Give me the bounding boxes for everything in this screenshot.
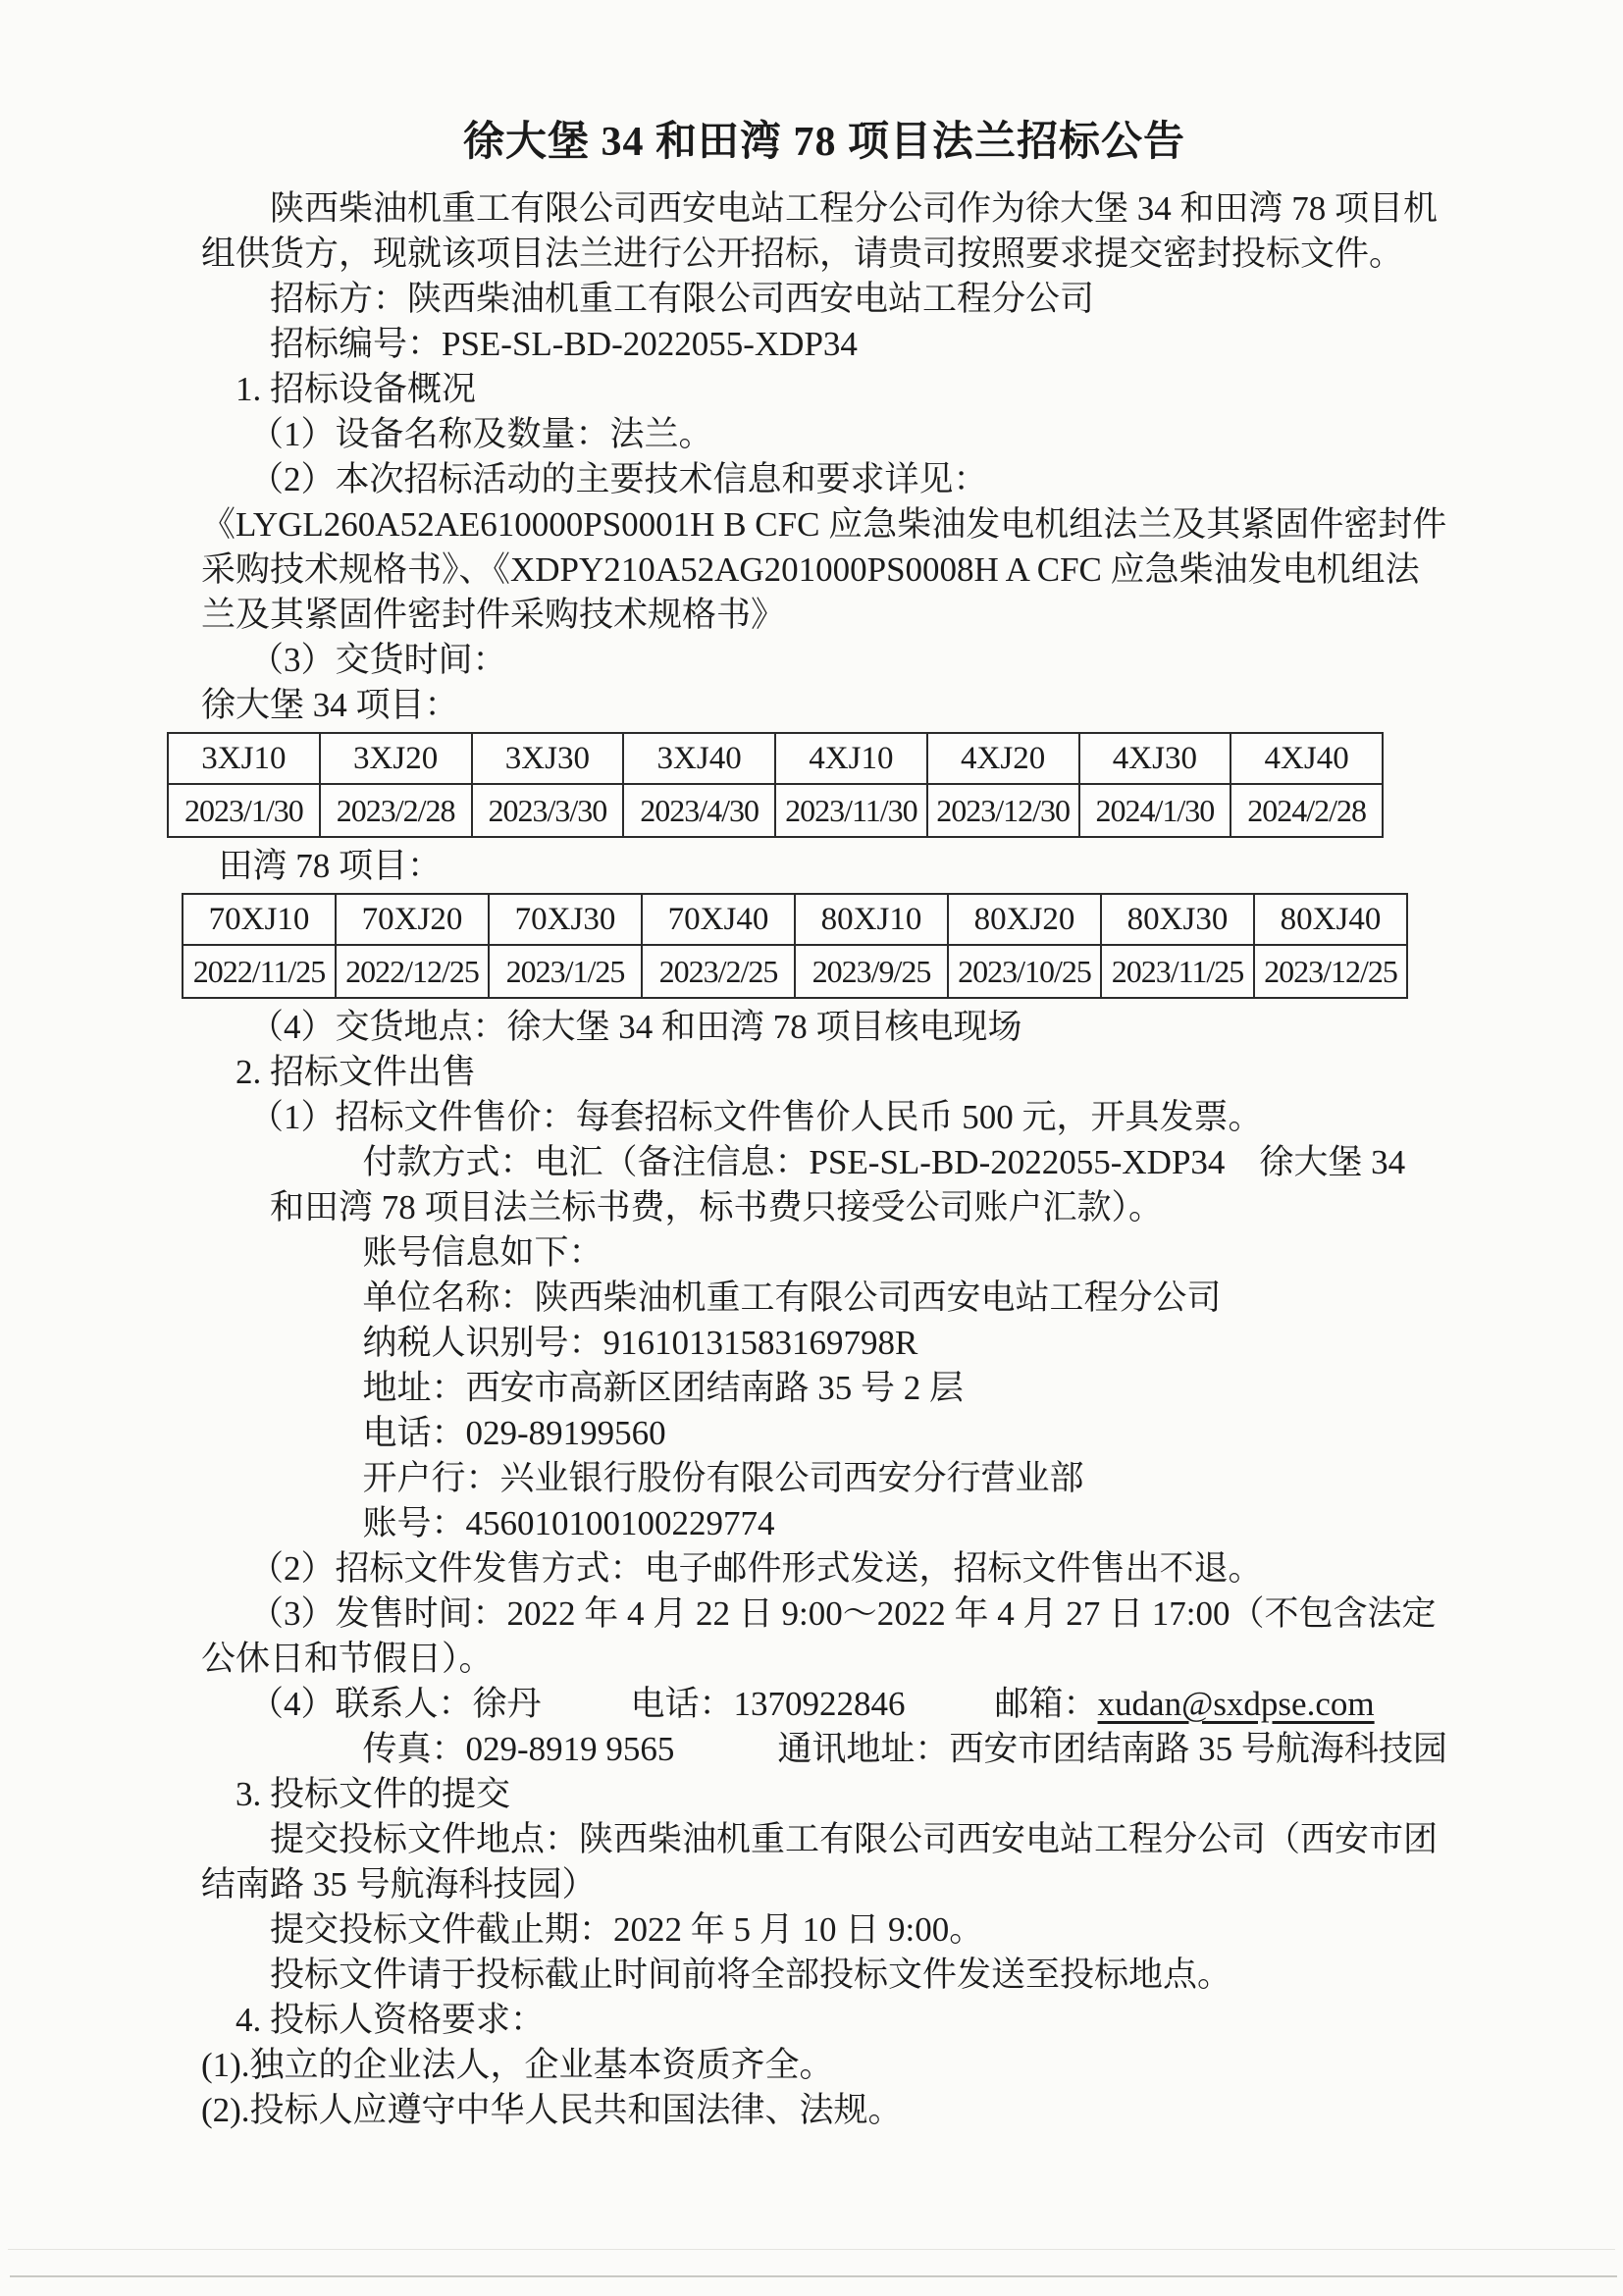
date-cell: 2022/12/25 bbox=[336, 945, 489, 998]
dates-row: 2023/1/302023/2/282023/3/302023/4/302023… bbox=[168, 784, 1383, 837]
section-3-heading: 3. 投标文件的提交 bbox=[201, 1772, 1447, 1817]
date-cell: 2023/11/30 bbox=[775, 784, 927, 837]
unit-cell: 3XJ20 bbox=[320, 733, 472, 784]
contact-name: （4）联系人：徐丹 bbox=[249, 1685, 542, 1723]
payment-method: 付款方式：电汇（备注信息：PSE-SL-BD-2022055-XDP34 徐大堡… bbox=[201, 1140, 1447, 1230]
scan-artifact-line bbox=[10, 2275, 1617, 2277]
equipment-name-item: （1）设备名称及数量：法兰。 bbox=[201, 412, 1447, 457]
unit-cell: 3XJ40 bbox=[623, 733, 775, 784]
unit-cell: 70XJ30 bbox=[489, 894, 642, 945]
unit-cell: 4XJ30 bbox=[1079, 733, 1231, 784]
tender-number-line: 招标编号：PSE-SL-BD-2022055-XDP34 bbox=[201, 322, 1447, 367]
unit-cell: 3XJ10 bbox=[168, 733, 320, 784]
scan-artifact-line bbox=[8, 2249, 1615, 2250]
unit-cell: 70XJ40 bbox=[642, 894, 795, 945]
unit-cell: 4XJ10 bbox=[775, 733, 927, 784]
section-4-heading: 4. 投标人资格要求： bbox=[201, 1998, 1447, 2043]
units-row: 70XJ1070XJ2070XJ3070XJ4080XJ1080XJ2080XJ… bbox=[183, 894, 1407, 945]
submission-place: 提交投标文件地点：陕西柴油机重工有限公司西安电站工程分公司（西安市团结南路 35… bbox=[201, 1817, 1447, 1907]
unit-cell: 80XJ30 bbox=[1101, 894, 1254, 945]
tianwan-table-caption: 田湾 78 项目： bbox=[201, 844, 1447, 889]
account-info-intro: 账号信息如下： bbox=[201, 1230, 1447, 1276]
section-2-heading: 2. 招标文件出售 bbox=[201, 1050, 1447, 1095]
unit-cell: 70XJ10 bbox=[183, 894, 336, 945]
postal-address: 通讯地址：西安市团结南路 35 号航海科技园 bbox=[777, 1730, 1447, 1768]
unit-cell: 4XJ20 bbox=[927, 733, 1079, 784]
date-cell: 2024/2/28 bbox=[1230, 784, 1383, 837]
unit-cell: 80XJ20 bbox=[948, 894, 1101, 945]
account-phone: 电话：029-89199560 bbox=[201, 1411, 1447, 1456]
date-cell: 2023/12/25 bbox=[1254, 945, 1407, 998]
dates-row: 2022/11/252022/12/252023/1/252023/2/2520… bbox=[183, 945, 1407, 998]
unit-cell: 80XJ40 bbox=[1254, 894, 1407, 945]
unit-cell: 4XJ40 bbox=[1230, 733, 1383, 784]
date-cell: 2022/11/25 bbox=[183, 945, 336, 998]
unit-cell: 80XJ10 bbox=[795, 894, 948, 945]
date-cell: 2023/1/25 bbox=[489, 945, 642, 998]
submission-note: 投标文件请于投标截止时间前将全部投标文件发送至投标地点。 bbox=[201, 1953, 1447, 1998]
xudabao-delivery-table: 3XJ103XJ203XJ303XJ404XJ104XJ204XJ304XJ40… bbox=[167, 732, 1384, 838]
qualification-item-2: (2).投标人应遵守中华人民共和国法律、法规。 bbox=[201, 2088, 1447, 2133]
account-company-name: 单位名称：陕西柴油机重工有限公司西安电站工程分公司 bbox=[201, 1276, 1447, 1321]
date-cell: 2023/4/30 bbox=[623, 784, 775, 837]
date-cell: 2023/10/25 bbox=[948, 945, 1101, 998]
section-1-heading: 1. 招标设备概况 bbox=[201, 367, 1447, 412]
unit-cell: 3XJ30 bbox=[472, 733, 624, 784]
account-taxpayer-id: 纳税人识别号：91610131583169798R bbox=[201, 1321, 1447, 1366]
account-address: 地址：西安市高新区团结南路 35 号 2 层 bbox=[201, 1366, 1447, 1411]
date-cell: 2023/2/25 bbox=[642, 945, 795, 998]
email-label: 邮箱： bbox=[995, 1685, 1098, 1723]
account-number: 账号：456010100100229774 bbox=[201, 1501, 1447, 1546]
delivery-place-item: （4）交货地点：徐大堡 34 和田湾 78 项目核电现场 bbox=[201, 1005, 1447, 1050]
submission-deadline: 提交投标文件截止期：2022 年 5 月 10 日 9:00。 bbox=[201, 1907, 1447, 1953]
delivery-time-item: （3）交货时间： bbox=[201, 638, 1447, 683]
intro-paragraph: 陕西柴油机重工有限公司西安电站工程分公司作为徐大堡 34 和田湾 78 项目机组… bbox=[201, 186, 1447, 277]
doc-price-item: （1）招标文件售价：每套招标文件售价人民币 500 元，开具发票。 bbox=[201, 1095, 1447, 1140]
tenderer-line: 招标方：陕西柴油机重工有限公司西安电站工程分公司 bbox=[201, 277, 1447, 322]
qualification-item-1: (1).独立的企业法人，企业基本资质齐全。 bbox=[201, 2043, 1447, 2088]
tianwan-delivery-table: 70XJ1070XJ2070XJ3070XJ4080XJ1080XJ2080XJ… bbox=[182, 893, 1408, 999]
tech-info-item: （2）本次招标活动的主要技术信息和要求详见： bbox=[201, 457, 1447, 502]
document-page: 徐大堡 34 和田湾 78 项目法兰招标公告 陕西柴油机重工有限公司西安电站工程… bbox=[0, 0, 1623, 2133]
date-cell: 2023/12/30 bbox=[927, 784, 1079, 837]
unit-cell: 70XJ20 bbox=[336, 894, 489, 945]
units-row: 3XJ103XJ203XJ303XJ404XJ104XJ204XJ304XJ40 bbox=[168, 733, 1383, 784]
contact-phone: 电话：1370922846 bbox=[631, 1685, 906, 1723]
date-cell: 2024/1/30 bbox=[1079, 784, 1231, 837]
doc-delivery-method-item: （2）招标文件发售方式：电子邮件形式发送，招标文件售出不退。 bbox=[201, 1546, 1447, 1592]
date-cell: 2023/11/25 bbox=[1101, 945, 1254, 998]
date-cell: 2023/1/30 bbox=[168, 784, 320, 837]
fax-number: 传真：029-8919 9565 bbox=[363, 1730, 675, 1768]
page-title: 徐大堡 34 和田湾 78 项目法兰招标公告 bbox=[201, 116, 1447, 169]
email-link[interactable]: xudan@sxdpse.com bbox=[1098, 1685, 1375, 1723]
fax-line: 传真：029-8919 9565通讯地址：西安市团结南路 35 号航海科技园 bbox=[201, 1727, 1447, 1772]
sale-time-item: （3）发售时间：2022 年 4 月 22 日 9:00～2022 年 4 月 … bbox=[201, 1592, 1447, 1682]
spec-documents: 《LYGL260A52AE610000PS0001H B CFC 应急柴油发电机… bbox=[201, 502, 1447, 638]
date-cell: 2023/9/25 bbox=[795, 945, 948, 998]
xudabao-table-caption: 徐大堡 34 项目： bbox=[201, 683, 1447, 728]
contact-line: （4）联系人：徐丹电话：1370922846邮箱：xudan@sxdpse.co… bbox=[201, 1682, 1447, 1727]
account-bank: 开户行：兴业银行股份有限公司西安分行营业部 bbox=[201, 1456, 1447, 1501]
date-cell: 2023/2/28 bbox=[320, 784, 472, 837]
date-cell: 2023/3/30 bbox=[472, 784, 624, 837]
